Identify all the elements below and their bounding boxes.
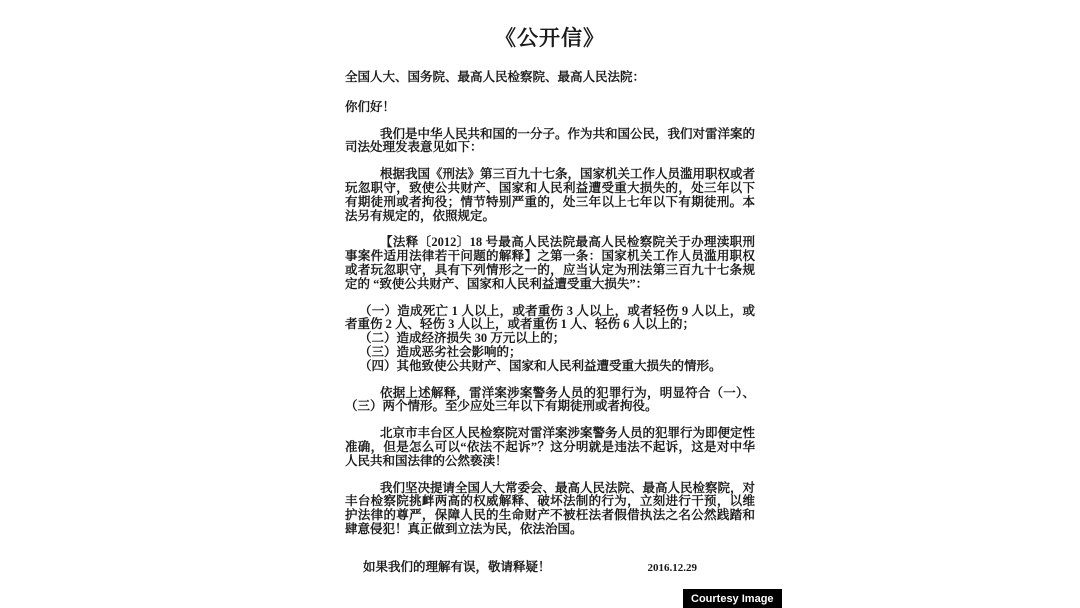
paragraph-conclusion-from-interpretation: 依据上述解释，雷洋案涉案警务人员的犯罪行为，明显符合（一）、（三）两个情形。至少…	[345, 387, 755, 415]
paragraph-intro: 我们是中华人民共和国的一分子。作为共和国公民，我们对雷洋案的司法处理发表意见如下…	[345, 128, 755, 156]
paragraph-criminal-law-article: 根据我国《刑法》第三百九十七条，国家机关工作人员滥用职权或者玩忽职守，致使公共财…	[345, 168, 755, 223]
list-item-4: （四）其他致使公共财产、国家和人民利益遭受重大损失的情形。	[345, 360, 755, 374]
paragraph-judicial-interpretation: 【法释〔2012〕18 号最高人民法院最高人民检察院关于办理渎职刑事案件适用法律…	[345, 236, 755, 291]
courtesy-image-badge: Courtesy Image	[683, 589, 782, 608]
list-item-3: （三）造成恶劣社会影响的；	[345, 346, 755, 360]
page: 《公开信》 全国人大、国务院、最高人民检察院、最高人民法院： 你们好！ 我们是中…	[0, 0, 1080, 608]
list-item-2: （二）造成经济损失 30 万元以上的；	[345, 332, 755, 346]
paragraph-appeal: 我们坚决提请全国人大常委会、最高人民法院、最高人民检察院，对丰台检察院挑衅两高的…	[345, 482, 755, 537]
closing-row: 如果我们的理解有误，敬请释疑！ 2016.12.29	[345, 561, 755, 576]
salutation-line: 全国人大、国务院、最高人民检察院、最高人民法院：	[345, 71, 755, 85]
greeting-line: 你们好！	[345, 101, 755, 115]
paragraph-prosecution-criticism: 北京市丰台区人民检察院对雷洋案涉案警务人员的犯罪行为即便定性准确，但是怎么可以“…	[345, 427, 755, 468]
letter-date: 2016.12.29	[648, 562, 698, 576]
enumerated-circumstances-list: （一）造成死亡 1 人以上，或者重伤 3 人以上，或者轻伤 9 人以上，或者重伤…	[345, 305, 755, 374]
letter-title: 《公开信》	[345, 26, 755, 50]
list-item-1: （一）造成死亡 1 人以上，或者重伤 3 人以上，或者轻伤 9 人以上，或者重伤…	[345, 305, 755, 333]
open-letter-document: 《公开信》 全国人大、国务院、最高人民检察院、最高人民法院： 你们好！ 我们是中…	[345, 0, 755, 576]
closing-line: 如果我们的理解有误，敬请释疑！	[363, 561, 551, 575]
